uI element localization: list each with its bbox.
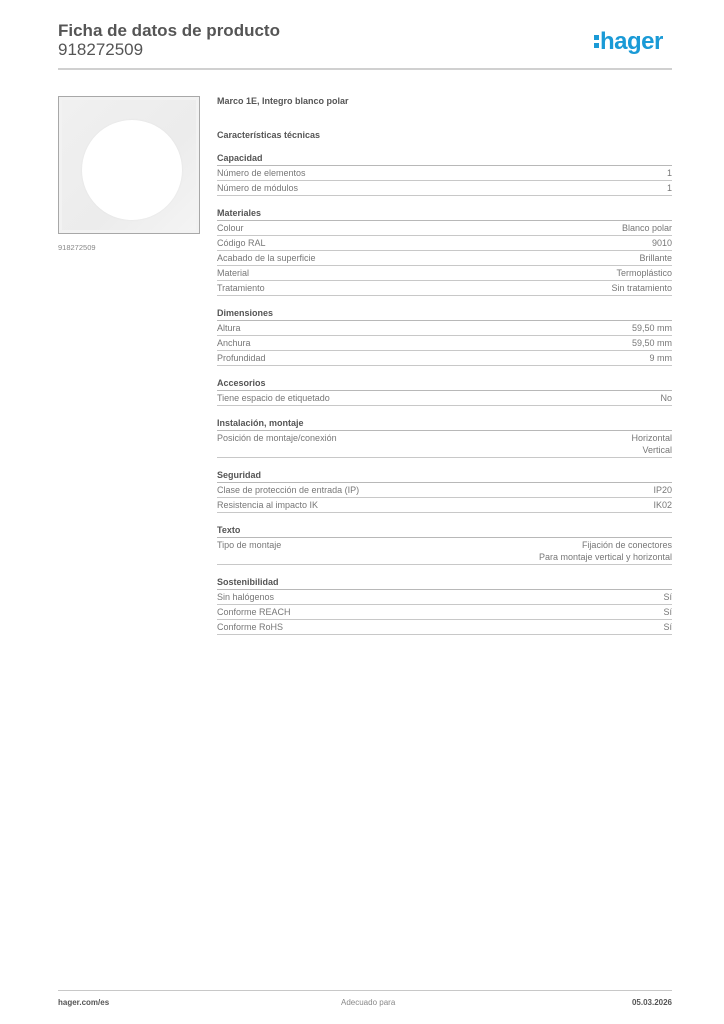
spec-row: Altura59,50 mm: [217, 321, 672, 336]
spec-row: TratamientoSin tratamiento: [217, 281, 672, 296]
spec-label: Código RAL: [217, 237, 652, 249]
spec-row: Resistencia al impacto IKIK02: [217, 498, 672, 513]
spec-row: ColourBlanco polar: [217, 221, 672, 236]
frame-opening: [82, 120, 182, 220]
product-name: Marco 1E, Integro blanco polar: [217, 95, 672, 107]
spec-value: Brillante: [639, 252, 672, 264]
spec-section: TextoTipo de montajeFijación de conector…: [217, 524, 672, 565]
spec-section: MaterialesColourBlanco polarCódigo RAL90…: [217, 207, 672, 296]
footer-date: 05.03.2026: [632, 998, 672, 1007]
product-code: 918272509: [58, 40, 143, 60]
spec-value: Sin tratamiento: [611, 282, 672, 294]
spec-section: DimensionesAltura59,50 mmAnchura59,50 mm…: [217, 307, 672, 366]
section-title: Sostenibilidad: [217, 576, 672, 590]
spec-label: Acabado de la superficie: [217, 252, 639, 264]
spec-value: 9010: [652, 237, 672, 249]
spec-section: SostenibilidadSin halógenosSíConforme RE…: [217, 576, 672, 635]
spec-value: IP20: [653, 484, 672, 496]
spec-sections: CapacidadNúmero de elementos1Número de m…: [217, 152, 672, 635]
spec-label: Sin halógenos: [217, 591, 663, 603]
spec-value: Sí: [663, 606, 672, 618]
spec-row: Sin halógenosSí: [217, 590, 672, 605]
spec-value: 1: [667, 182, 672, 194]
spec-label: Posición de montaje/conexión: [217, 432, 631, 444]
spec-value: Sí: [663, 621, 672, 633]
footer-divider: [58, 990, 672, 991]
section-title: Capacidad: [217, 152, 672, 166]
spec-label: Número de elementos: [217, 167, 667, 179]
section-title: Materiales: [217, 207, 672, 221]
spec-value: Sí: [663, 591, 672, 603]
section-title: Texto: [217, 524, 672, 538]
hager-logo: hager: [594, 28, 663, 56]
spec-label: Colour: [217, 222, 622, 234]
section-title: Seguridad: [217, 469, 672, 483]
footer-website[interactable]: hager.com/es: [58, 998, 109, 1007]
section-title: Accesorios: [217, 377, 672, 391]
spec-value: 59,50 mm: [632, 337, 672, 349]
spec-label: Tipo de montaje: [217, 539, 539, 551]
spec-value: Termoplástico: [616, 267, 672, 279]
spec-label: Conforme RoHS: [217, 621, 663, 633]
spec-label: Resistencia al impacto IK: [217, 499, 653, 511]
spec-label: Anchura: [217, 337, 632, 349]
spec-row: Anchura59,50 mm: [217, 336, 672, 351]
spec-row: Posición de montaje/conexiónHorizontal V…: [217, 431, 672, 458]
header-divider: [58, 68, 672, 70]
spec-section: AccesoriosTiene espacio de etiquetadoNo: [217, 377, 672, 406]
spec-row: Acabado de la superficieBrillante: [217, 251, 672, 266]
spec-row: MaterialTermoplástico: [217, 266, 672, 281]
spec-label: Altura: [217, 322, 632, 334]
spec-content: Marco 1E, Integro blanco polar Caracterí…: [217, 95, 672, 635]
footer-center-text: Adecuado para: [341, 998, 395, 1007]
spec-row: Conforme REACHSí: [217, 605, 672, 620]
spec-row: Código RAL9010: [217, 236, 672, 251]
spec-value: 1: [667, 167, 672, 179]
spec-value: 59,50 mm: [632, 322, 672, 334]
spec-row: Tipo de montajeFijación de conectores Pa…: [217, 538, 672, 565]
spec-label: Número de módulos: [217, 182, 667, 194]
spec-row: Número de elementos1: [217, 166, 672, 181]
spec-label: Tratamiento: [217, 282, 611, 294]
spec-label: Conforme REACH: [217, 606, 663, 618]
spec-section: Instalación, montajePosición de montaje/…: [217, 417, 672, 458]
spec-value: Horizontal Vertical: [631, 432, 672, 456]
spec-label: Material: [217, 267, 616, 279]
page-title: Ficha de datos de producto: [58, 21, 280, 41]
spec-section: CapacidadNúmero de elementos1Número de m…: [217, 152, 672, 196]
product-image: [58, 96, 200, 234]
spec-row: Conforme RoHSSí: [217, 620, 672, 635]
spec-row: Profundidad9 mm: [217, 351, 672, 366]
spec-label: Tiene espacio de etiquetado: [217, 392, 660, 404]
spec-label: Profundidad: [217, 352, 650, 364]
spec-section: SeguridadClase de protección de entrada …: [217, 469, 672, 513]
image-caption: 918272509: [58, 243, 96, 252]
spec-value: IK02: [653, 499, 672, 511]
section-title: Dimensiones: [217, 307, 672, 321]
spec-value: Blanco polar: [622, 222, 672, 234]
frame-surface: [62, 100, 196, 230]
section-title: Instalación, montaje: [217, 417, 672, 431]
features-title: Características técnicas: [217, 129, 672, 141]
spec-value: 9 mm: [650, 352, 673, 364]
spec-row: Número de módulos1: [217, 181, 672, 196]
spec-row: Tiene espacio de etiquetadoNo: [217, 391, 672, 406]
spec-value: Fijación de conectores Para montaje vert…: [539, 539, 672, 563]
spec-label: Clase de protección de entrada (IP): [217, 484, 653, 496]
spec-row: Clase de protección de entrada (IP)IP20: [217, 483, 672, 498]
spec-value: No: [660, 392, 672, 404]
